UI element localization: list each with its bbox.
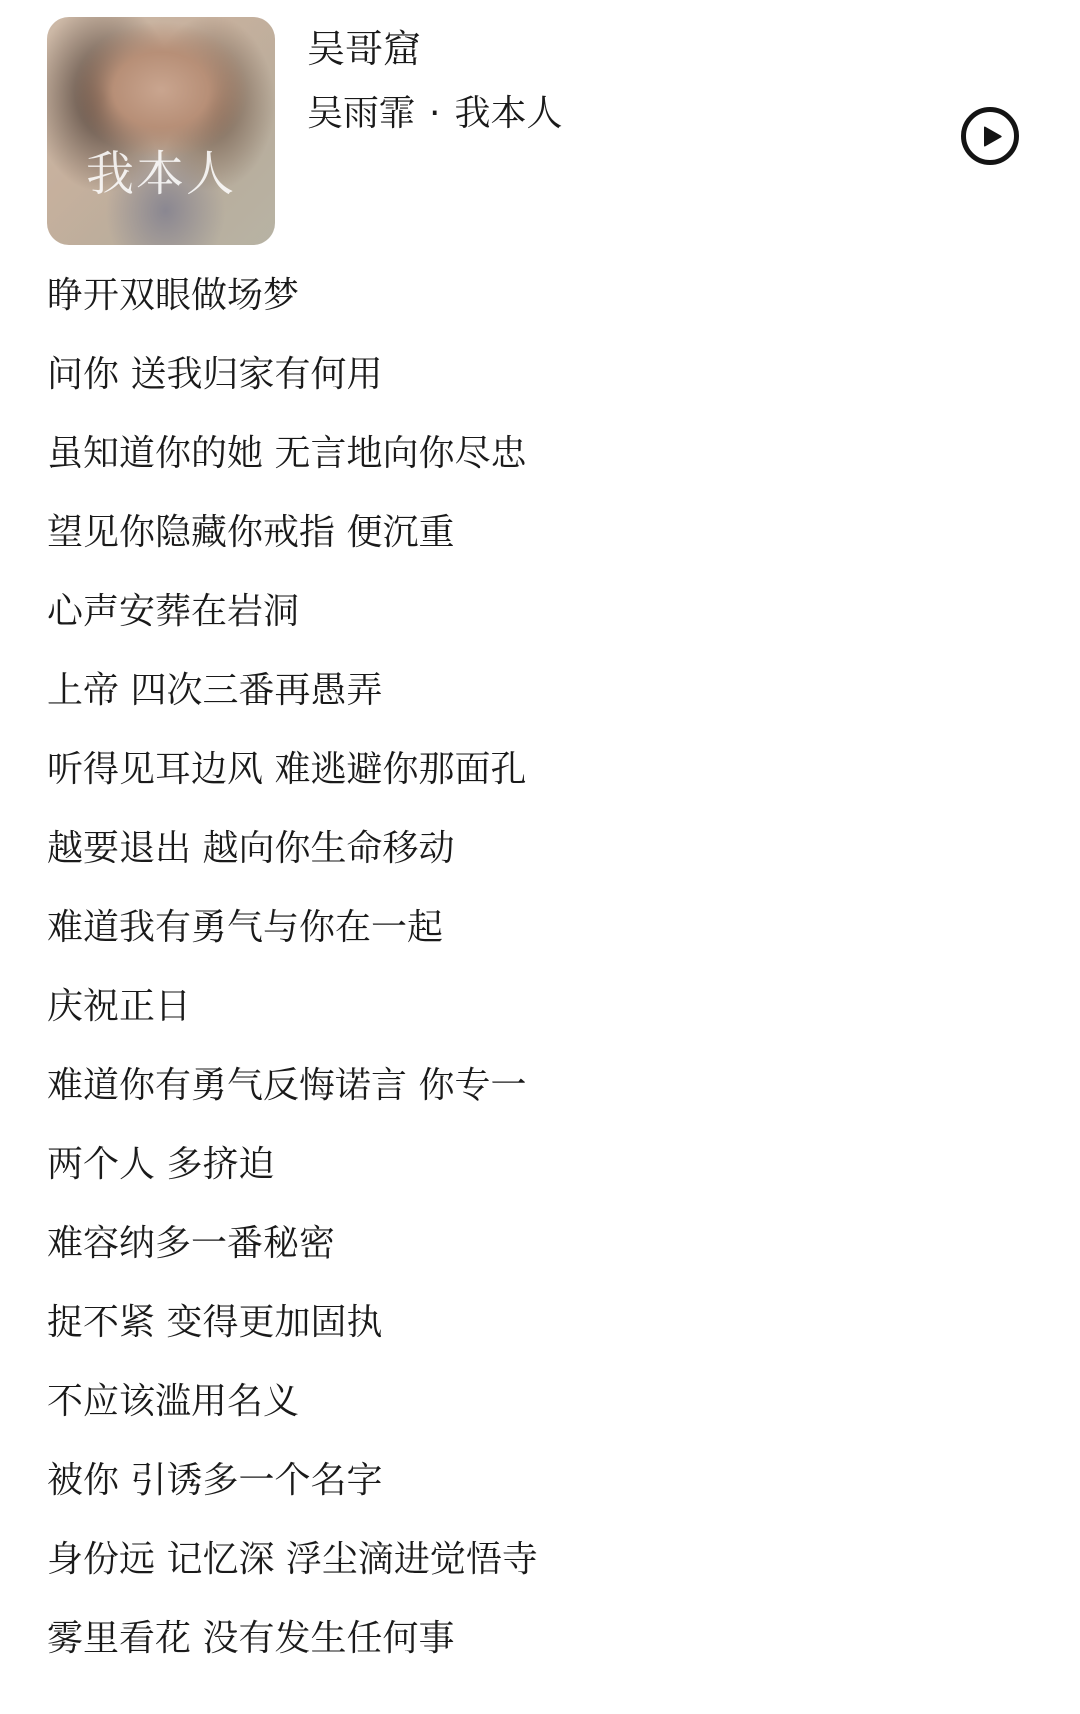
lyric-line: 越要退出 越向你生命移动	[47, 831, 538, 910]
lyric-line: 心声安葬在岩洞	[47, 594, 538, 673]
album-cover-text: 我本人	[47, 135, 275, 204]
album-name[interactable]: 我本人	[454, 93, 562, 134]
lyric-line: 两个人 多挤迫	[47, 1147, 538, 1226]
lyric-line: 虽知道你的她 无言地向你尽忠	[47, 436, 538, 515]
lyric-line: 雾里看花 没有发生任何事	[47, 1621, 538, 1700]
lyric-line: 望见你隐藏你戒指 便沉重	[47, 515, 538, 594]
lyrics-list: 睁开双眼做场梦 问你 送我归家有何用 虽知道你的她 无言地向你尽忠 望见你隐藏你…	[47, 278, 538, 1700]
lyric-line: 上帝 四次三番再愚弄	[47, 673, 538, 752]
album-cover[interactable]: 我本人	[47, 17, 275, 245]
play-icon	[980, 125, 1004, 149]
lyric-line: 睁开双眼做场梦	[47, 278, 538, 357]
separator: ·	[429, 93, 440, 134]
song-title: 吴哥窟	[307, 26, 421, 72]
play-button[interactable]	[961, 107, 1019, 165]
lyric-line: 难容纳多一番秘密	[47, 1226, 538, 1305]
lyric-line: 不应该滥用名义	[47, 1384, 538, 1463]
lyric-line: 捉不紧 变得更加固执	[47, 1305, 538, 1384]
lyric-line: 问你 送我归家有何用	[47, 357, 538, 436]
lyric-line: 庆祝正日	[47, 989, 538, 1068]
lyric-line: 听得见耳边风 难逃避你那面孔	[47, 752, 538, 831]
lyric-line: 身份远 记忆深 浮尘滴进觉悟寺	[47, 1542, 538, 1621]
song-subtitle: 吴雨霏·我本人	[307, 92, 562, 136]
lyric-line: 被你 引诱多一个名字	[47, 1463, 538, 1542]
lyric-line: 难道你有勇气反悔诺言 你专一	[47, 1068, 538, 1147]
artist-name[interactable]: 吴雨霏	[307, 93, 415, 134]
lyric-line: 难道我有勇气与你在一起	[47, 910, 538, 989]
